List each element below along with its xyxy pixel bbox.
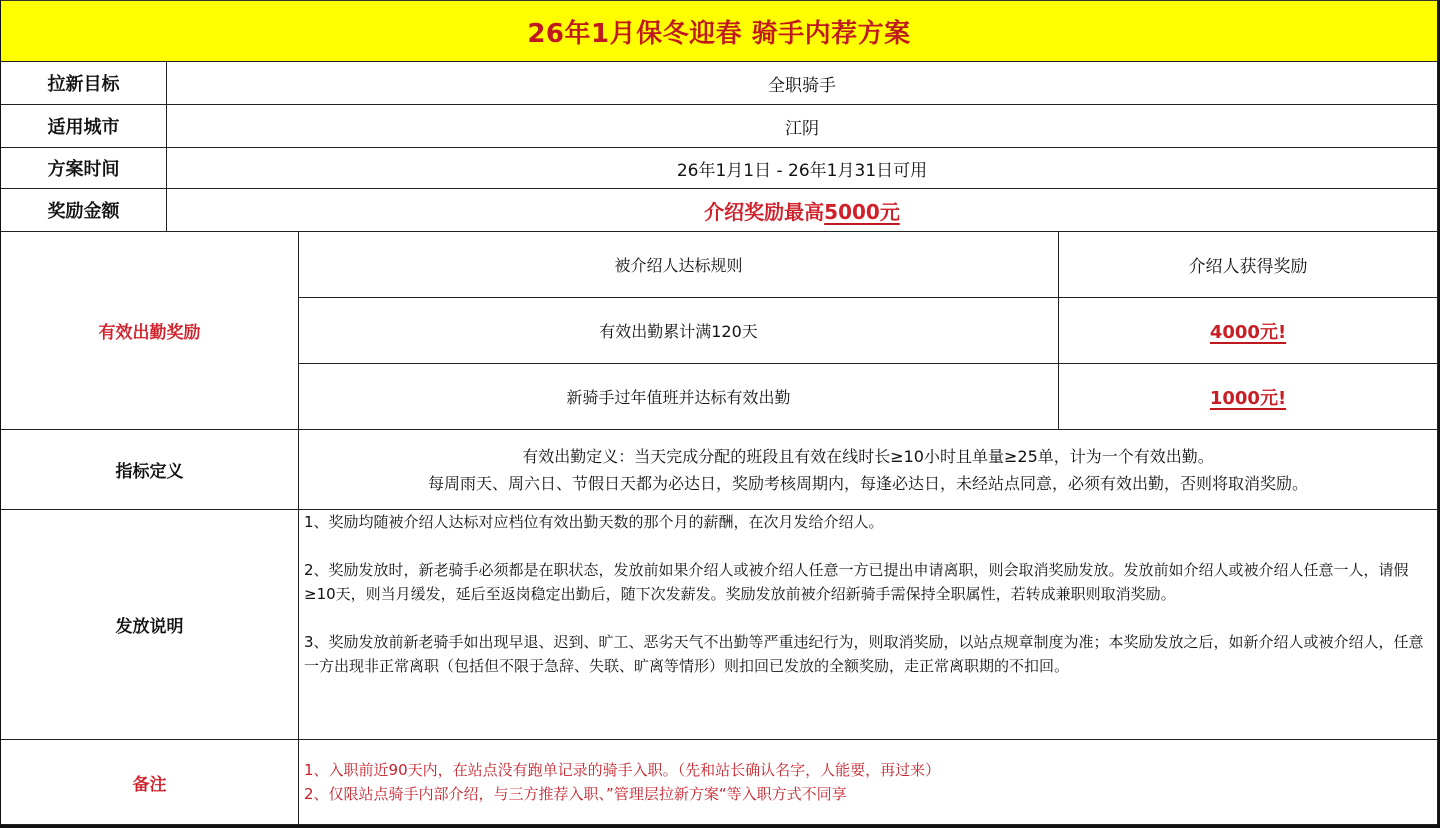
value-city: 江阴 [167, 105, 1438, 148]
referral-plan-sheet: 26年1月保冬迎春 骑手内荐方案 拉新目标 全职骑手 适用城市 江阴 方案时间 … [0, 0, 1440, 828]
title-banner: 26年1月保冬迎春 骑手内荐方案 [1, 0, 1438, 62]
rule-row-1: 有效出勤累计满120天 [299, 298, 1059, 364]
label-remarks: 备注 [133, 770, 167, 795]
reward-row-1: 4000元! [1059, 298, 1438, 364]
reward-prefix: 介绍奖励最高 [704, 196, 824, 225]
value-reward-amount: 介绍奖励最高5000元 [167, 189, 1438, 232]
reward-amount-1: 4000元! [1210, 318, 1286, 344]
section-attendance-reward: 有效出勤奖励 [1, 232, 299, 430]
remark-item-1: 1、入职前近90天内，在站点没有跑单记录的骑手入职。（先和站长确认名字，人能要，… [304, 758, 940, 782]
header-rule: 被介绍人达标规则 [299, 232, 1059, 298]
remarks-content: 1、入职前近90天内，在站点没有跑单记录的骑手入职。（先和站长确认名字，人能要，… [299, 740, 1438, 825]
header-reward: 介绍人获得奖励 [1059, 232, 1438, 298]
definition-line-2: 每周雨天、周六日、节假日天都为必达日，奖励考核周期内，每逢必达日，未经站点同意，… [428, 470, 1308, 497]
value-target: 全职骑手 [167, 62, 1438, 105]
label-target: 拉新目标 [1, 62, 167, 105]
reward-amount-2: 1000元! [1210, 384, 1286, 410]
reward-max-amount: 5000元 [824, 196, 900, 225]
label-reward-amount: 奖励金额 [1, 189, 167, 232]
label-city: 适用城市 [1, 105, 167, 148]
rule-row-2: 新骑手过年值班并达标有效出勤 [299, 364, 1059, 430]
label-definition: 指标定义 [1, 430, 299, 510]
definition-content: 有效出勤定义：当天完成分配的班段且有效在线时长≥10小时且单量≥25单，计为一个… [299, 430, 1438, 510]
value-period: 26年1月1日 - 26年1月31日可用 [167, 148, 1438, 189]
label-period: 方案时间 [1, 148, 167, 189]
payout-item-2: 2、奖励发放时，新老骑手必须都是在职状态，发放前如果介绍人或被介绍人任意一方已提… [304, 558, 1431, 606]
attendance-reward-label: 有效出勤奖励 [99, 318, 201, 343]
definition-line-1: 有效出勤定义：当天完成分配的班段且有效在线时长≥10小时且单量≥25单，计为一个… [522, 443, 1214, 470]
reward-row-2: 1000元! [1059, 364, 1438, 430]
payout-item-3: 3、奖励发放前新老骑手如出现早退、迟到、旷工、恶劣天气不出勤等严重违纪行为，则取… [304, 630, 1431, 678]
label-payout: 发放说明 [1, 510, 299, 740]
remark-item-2: 2、仅限站点骑手内部介绍，与三方推荐入职、”管理层拉新方案“等入职方式不同享 [304, 782, 847, 806]
payout-item-1: 1、奖励均随被介绍人达标对应档位有效出勤天数的那个月的薪酬，在次月发给介绍人。 [304, 510, 884, 534]
label-remarks-cell: 备注 [1, 740, 299, 825]
page-title: 26年1月保冬迎春 骑手内荐方案 [527, 13, 910, 50]
payout-content: 1、奖励均随被介绍人达标对应档位有效出勤天数的那个月的薪酬，在次月发给介绍人。 … [299, 510, 1438, 740]
